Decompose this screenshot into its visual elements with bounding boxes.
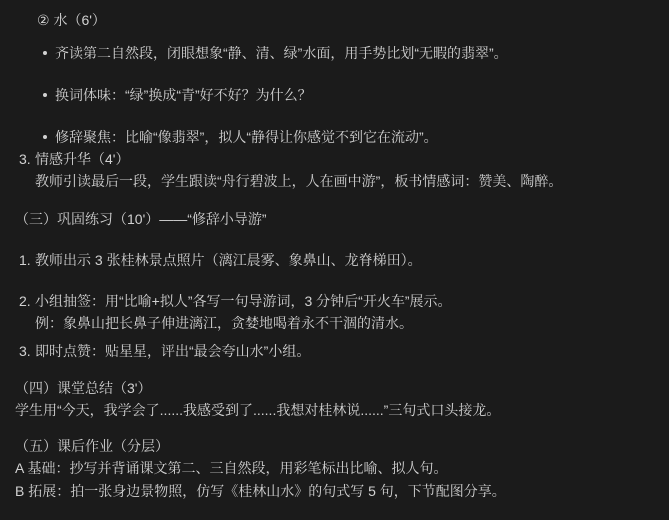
bullet-dot-icon <box>43 135 47 139</box>
list-number: 3. <box>19 340 31 362</box>
water-bullet-list: 齐读第二自然段，闭眼想象“静、清、绿”水面，用手势比划“无暇的翡翠”。 换词体味… <box>15 42 651 148</box>
section-five-heading: （五）课后作业（分层） <box>15 435 651 457</box>
practice-item-text: 教师出示 3 张桂林景点照片（漓江晨雾、象鼻山、龙脊梯田）。 <box>35 249 651 271</box>
section-four-heading: （四）课堂总结（3'） <box>15 377 651 399</box>
bullet-text: 修辞聚焦：比喻“像翡翠”，拟人“静得让你感觉不到它在流动”。 <box>55 129 438 145</box>
practice-item-text: 即时点赞：贴星星，评出“最会夸山水”小组。 <box>35 340 651 362</box>
practice-item-3: 3. 即时点赞：贴星星，评出“最会夸山水”小组。 <box>35 340 651 362</box>
numbered-item-emotion: 3. 情感升华（4'） 教师引读最后一段，学生跟读“舟行碧波上，人在画中游”，板… <box>35 148 651 192</box>
bullet-dot-icon <box>43 51 47 55</box>
homework-basic-line: A 基础：抄写并背诵课文第二、三自然段，用彩笔标出比喻、拟人句。 <box>15 457 651 479</box>
list-number: 1. <box>19 249 31 271</box>
list-number: 3. <box>19 148 31 170</box>
bullet-item: 齐读第二自然段，闭眼想象“静、清、绿”水面，用手势比划“无暇的翡翠”。 <box>55 42 651 64</box>
numbered-item-body: 教师引读最后一段，学生跟读“舟行碧波上，人在画中游”，板书情感词：赞美、陶醉。 <box>35 170 651 192</box>
practice-item-1: 1. 教师出示 3 张桂林景点照片（漓江晨雾、象鼻山、龙脊梯田）。 <box>35 249 651 271</box>
section-three-heading: （三）巩固练习（10'）——“修辞小导游” <box>15 208 651 230</box>
bullet-text: 齐读第二自然段，闭眼想象“静、清、绿”水面，用手势比划“无暇的翡翠”。 <box>55 45 508 61</box>
list-number: 2. <box>19 290 31 312</box>
numbered-item-title: 情感升华（4'） <box>35 148 651 170</box>
practice-item-2: 2. 小组抽签：用“比喻+拟人”各写一句导游词，3 分钟后“开火车”展示。 例：… <box>35 290 651 334</box>
bullet-dot-icon <box>43 93 47 97</box>
practice-item-example: 例：象鼻山把长鼻子伸进漓江，贪婪地喝着永不干涸的清水。 <box>35 312 651 334</box>
bullet-item: 换词体味：“绿”换成“青”好不好？为什么？ <box>55 84 651 106</box>
water-subpoint-heading: ② 水（6'） <box>37 9 651 31</box>
lesson-plan-document: ② 水（6'） 齐读第二自然段，闭眼想象“静、清、绿”水面，用手势比划“无暇的翡… <box>0 0 669 520</box>
bullet-text: 换词体味：“绿”换成“青”好不好？为什么？ <box>55 87 312 103</box>
practice-item-text: 小组抽签：用“比喻+拟人”各写一句导游词，3 分钟后“开火车”展示。 <box>35 290 651 312</box>
bullet-item: 修辞聚焦：比喻“像翡翠”，拟人“静得让你感觉不到它在流动”。 <box>55 126 651 148</box>
homework-extend-line: B 拓展：拍一张身边景物照，仿写《桂林山水》的句式写 5 句，下节配图分享。 <box>15 480 651 502</box>
section-four-body: 学生用“今天，我学会了......我感受到了......我想对桂林说......… <box>15 399 651 421</box>
